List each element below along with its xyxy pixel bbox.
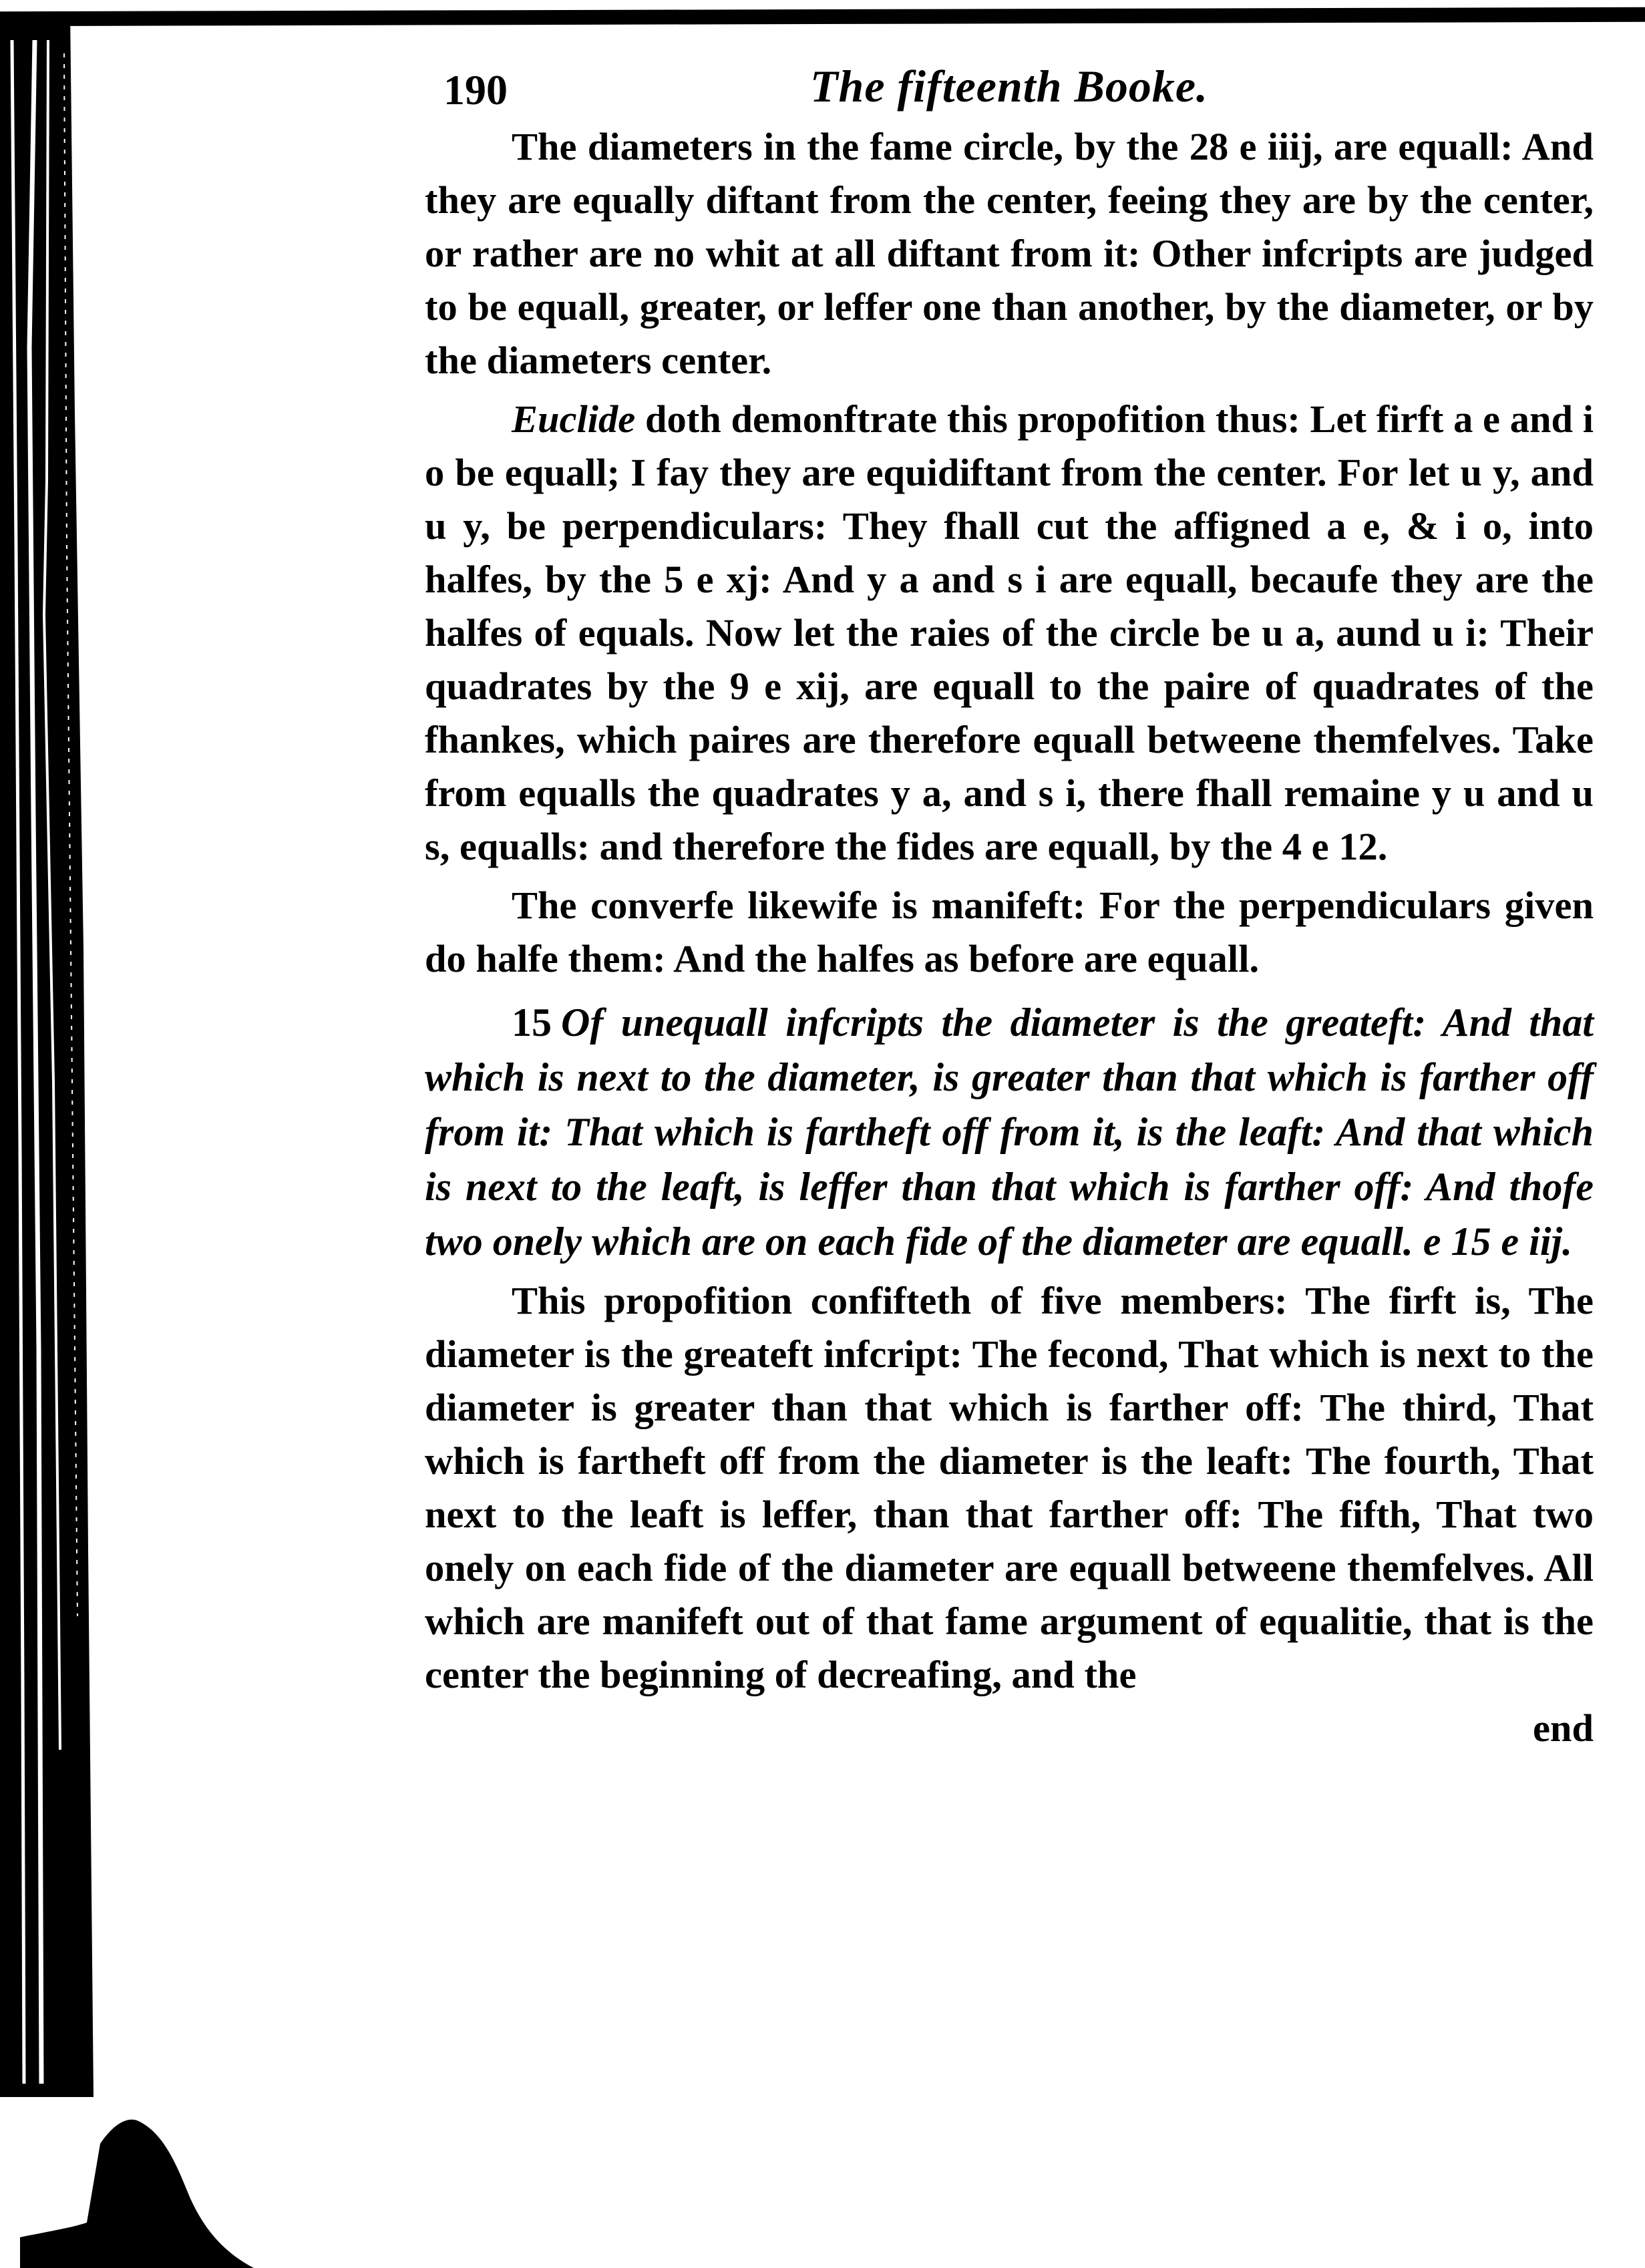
paragraph-diameters: The diameters in the fame circle, by the… (425, 120, 1594, 387)
proposition-text: Of unequall infcripts the diameter is th… (425, 1000, 1594, 1264)
paragraph-converse: The converfe likewife is manifeft: For t… (425, 879, 1594, 986)
paragraph-five-members: This propofition confifteth of five memb… (425, 1274, 1594, 1702)
book-page: 190 The fifteenth Booke. The diameters i… (425, 47, 1594, 1755)
book-gutter-shadow (0, 13, 94, 2097)
catchword: end (425, 1702, 1594, 1755)
ink-blot (0, 2104, 601, 2268)
paragraph-euclide-demonstration: Euclide doth demonftrate this propofitio… (425, 393, 1594, 874)
proposition-15: 15Of unequall infcripts the diameter is … (425, 995, 1594, 1269)
running-head: The fifteenth Booke. (425, 60, 1594, 113)
page-corner-stain-icon (0, 2104, 601, 2268)
proposition-number: 15 (512, 1000, 552, 1045)
gutter-binding-icon (0, 13, 94, 2097)
scan-top-edge (0, 7, 1645, 26)
paragraph-text: doth demonftrate this propofition thus: … (425, 397, 1594, 868)
euclide-name: Euclide (512, 397, 635, 441)
page-header: 190 The fifteenth Booke. (425, 47, 1594, 120)
